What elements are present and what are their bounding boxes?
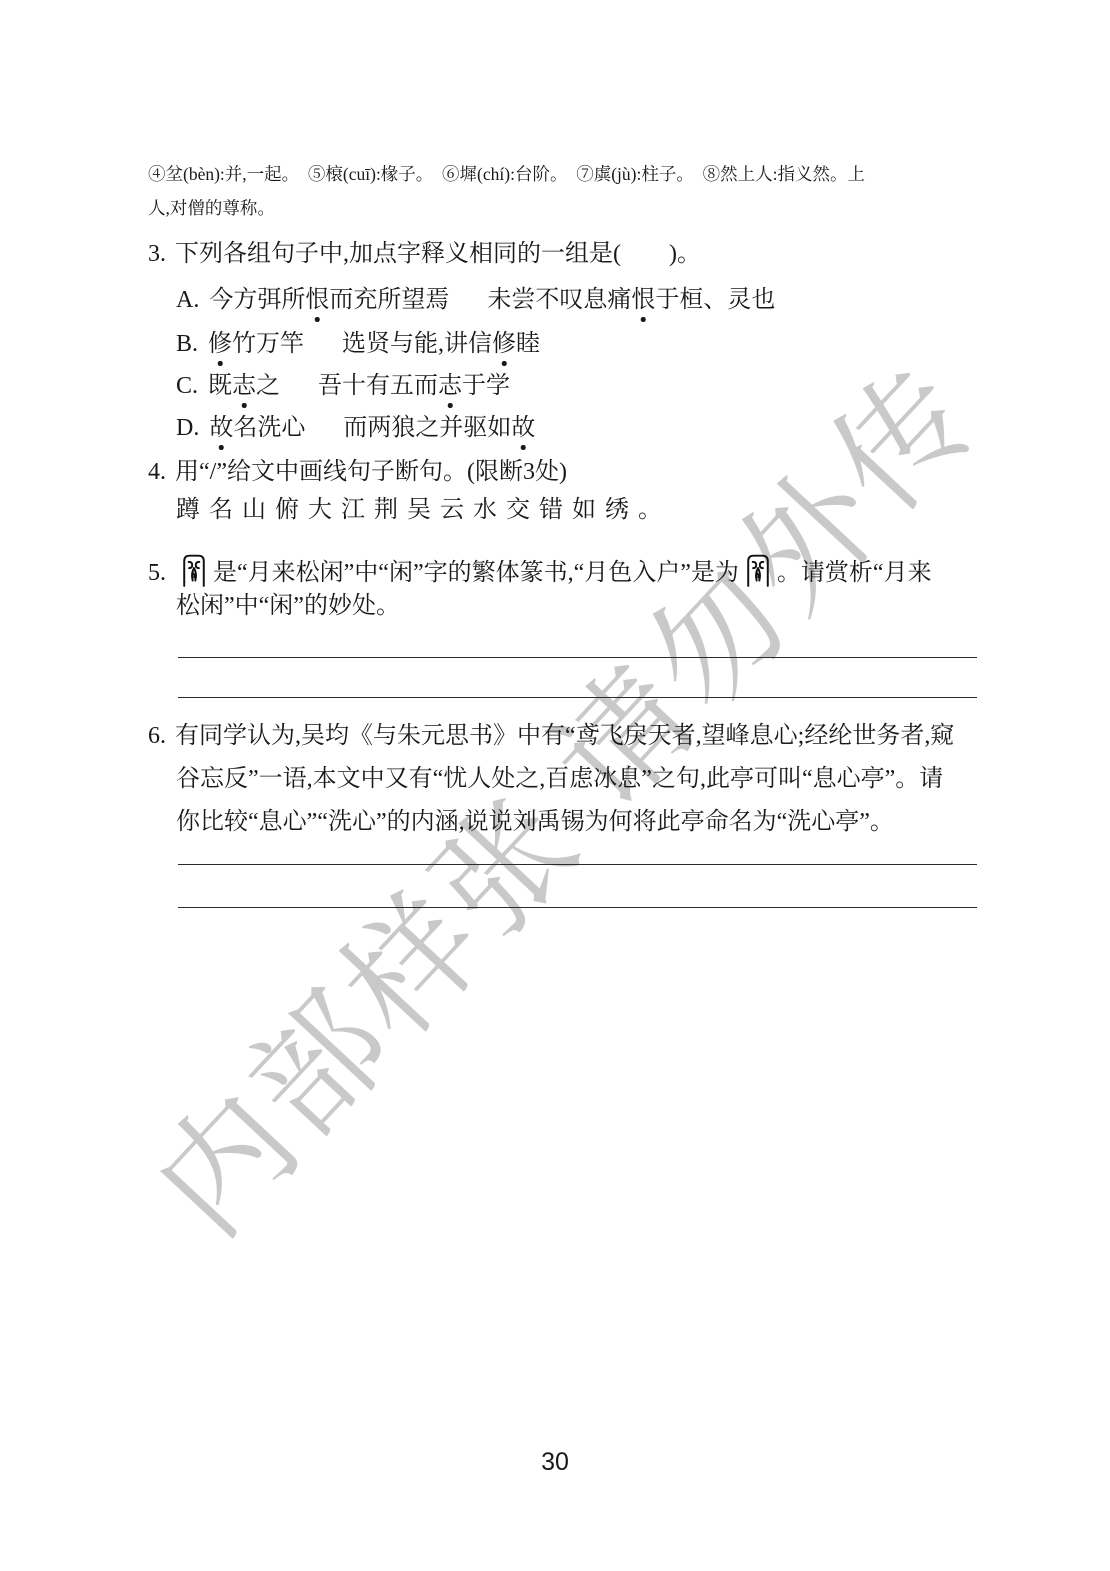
- question-6-line-3: 你比较“息心”“洗心”的内涵,说说刘禹锡为何将此亭命名为“洗心亭”。: [176, 808, 894, 837]
- option-d-text: 名洗心: [233, 415, 305, 441]
- option-d-dotted-char-2: 故: [511, 414, 535, 443]
- question-4-number: 4.: [148, 459, 166, 485]
- option-b-label: B.: [176, 331, 198, 357]
- seal-script-xian-icon: [178, 549, 210, 589]
- question-5-text-b: 。请赏析“月来: [777, 560, 932, 586]
- worksheet-page: 内部样张 请勿外传 ④坌(bèn):并,一起。 ⑤榱(cuī):椽子。 ⑥墀(c…: [0, 0, 1110, 1571]
- option-d-text: 而两狼之并驱如: [343, 415, 511, 441]
- question-3-option-a: A.今方弭所恨而充所望焉未尝不叹息痛恨于桓、灵也: [176, 286, 775, 315]
- option-b-text: 选贤与能,讲信: [342, 331, 492, 357]
- question-3-option-b: B.修竹万竿选贤与能,讲信修睦: [176, 330, 540, 359]
- question-6-line-1: 6.有同学认为,吴均《与朱元思书》中有“鸢飞戾天者,望峰息心;经纶世务者,窥: [148, 722, 954, 751]
- question-6-line-2: 谷忘反”一语,本文中又有“忧人处之,百虑冰息”之句,此亭可叫“息心亭”。请: [176, 765, 943, 794]
- question-3-option-d: D.故名洗心而两狼之并驱如故: [176, 414, 535, 443]
- answer-line: [178, 657, 977, 658]
- footnote-line-1: ④坌(bèn):并,一起。 ⑤榱(cuī):椽子。 ⑥墀(chí):台阶。 ⑦虡…: [148, 164, 865, 185]
- option-a-text: 于桓、灵也: [655, 287, 775, 313]
- option-a-label: A.: [176, 287, 199, 313]
- option-c-text: 既: [208, 373, 232, 399]
- seal-script-xian-icon: [742, 549, 774, 589]
- question-5-number: 5.: [148, 560, 166, 586]
- footnote-line-2: 人,对僧的尊称。: [148, 198, 275, 219]
- option-a-dotted-char-2: 恨: [631, 286, 655, 315]
- option-c-label: C.: [176, 373, 198, 399]
- option-c-text: 吾十有五而: [318, 373, 438, 399]
- question-6-number: 6.: [148, 723, 166, 749]
- option-d-dotted-char-1: 故: [209, 414, 233, 443]
- answer-line: [178, 697, 977, 698]
- option-c-dotted-char-2: 志: [438, 372, 462, 401]
- option-b-dotted-char-2: 修: [492, 330, 516, 359]
- option-a-text: 而充所望焉: [329, 287, 449, 313]
- question-5-line-1: 5.是“月来松闲”中“闲”字的繁体篆书,“月色入户”是为。请赏析“月来: [148, 549, 932, 589]
- option-a-text: 今方弭所: [209, 287, 305, 313]
- answer-line: [178, 864, 977, 865]
- question-4-sentence: 蹲名山俯大江荆吴云水交错如绣。: [176, 496, 671, 525]
- option-c-text: 于学: [462, 373, 510, 399]
- question-3-number: 3.: [148, 241, 166, 267]
- question-5-line-2: 松闲”中“闲”的妙处。: [176, 592, 400, 621]
- option-c-text: 之: [256, 373, 280, 399]
- question-3-option-c: C.既志之吾十有五而志于学: [176, 372, 510, 401]
- question-5-text-a: 是“月来松闲”中“闲”字的繁体篆书,“月色入户”是为: [213, 560, 739, 586]
- question-6-text-1: 有同学认为,吴均《与朱元思书》中有“鸢飞戾天者,望峰息心;经纶世务者,窥: [175, 723, 954, 749]
- option-b-dotted-char-1: 修: [208, 330, 232, 359]
- option-c-dotted-char-1: 志: [232, 372, 256, 401]
- option-d-label: D.: [176, 415, 199, 441]
- question-4-header: 4.用“/”给文中画线句子断句。(限断3处): [148, 458, 567, 487]
- page-number: 30: [0, 1448, 1110, 1477]
- question-3-prompt: 下列各组句子中,加点字释义相同的一组是( )。: [175, 241, 701, 267]
- question-3-header: 3.下列各组句子中,加点字释义相同的一组是( )。: [148, 240, 701, 269]
- option-a-dotted-char-1: 恨: [305, 286, 329, 315]
- option-a-text: 未尝不叹息痛: [487, 287, 631, 313]
- answer-line: [178, 907, 977, 908]
- option-b-text: 睦: [516, 331, 540, 357]
- question-4-prompt: 用“/”给文中画线句子断句。(限断3处): [175, 459, 567, 485]
- option-b-text: 竹万竿: [232, 331, 304, 357]
